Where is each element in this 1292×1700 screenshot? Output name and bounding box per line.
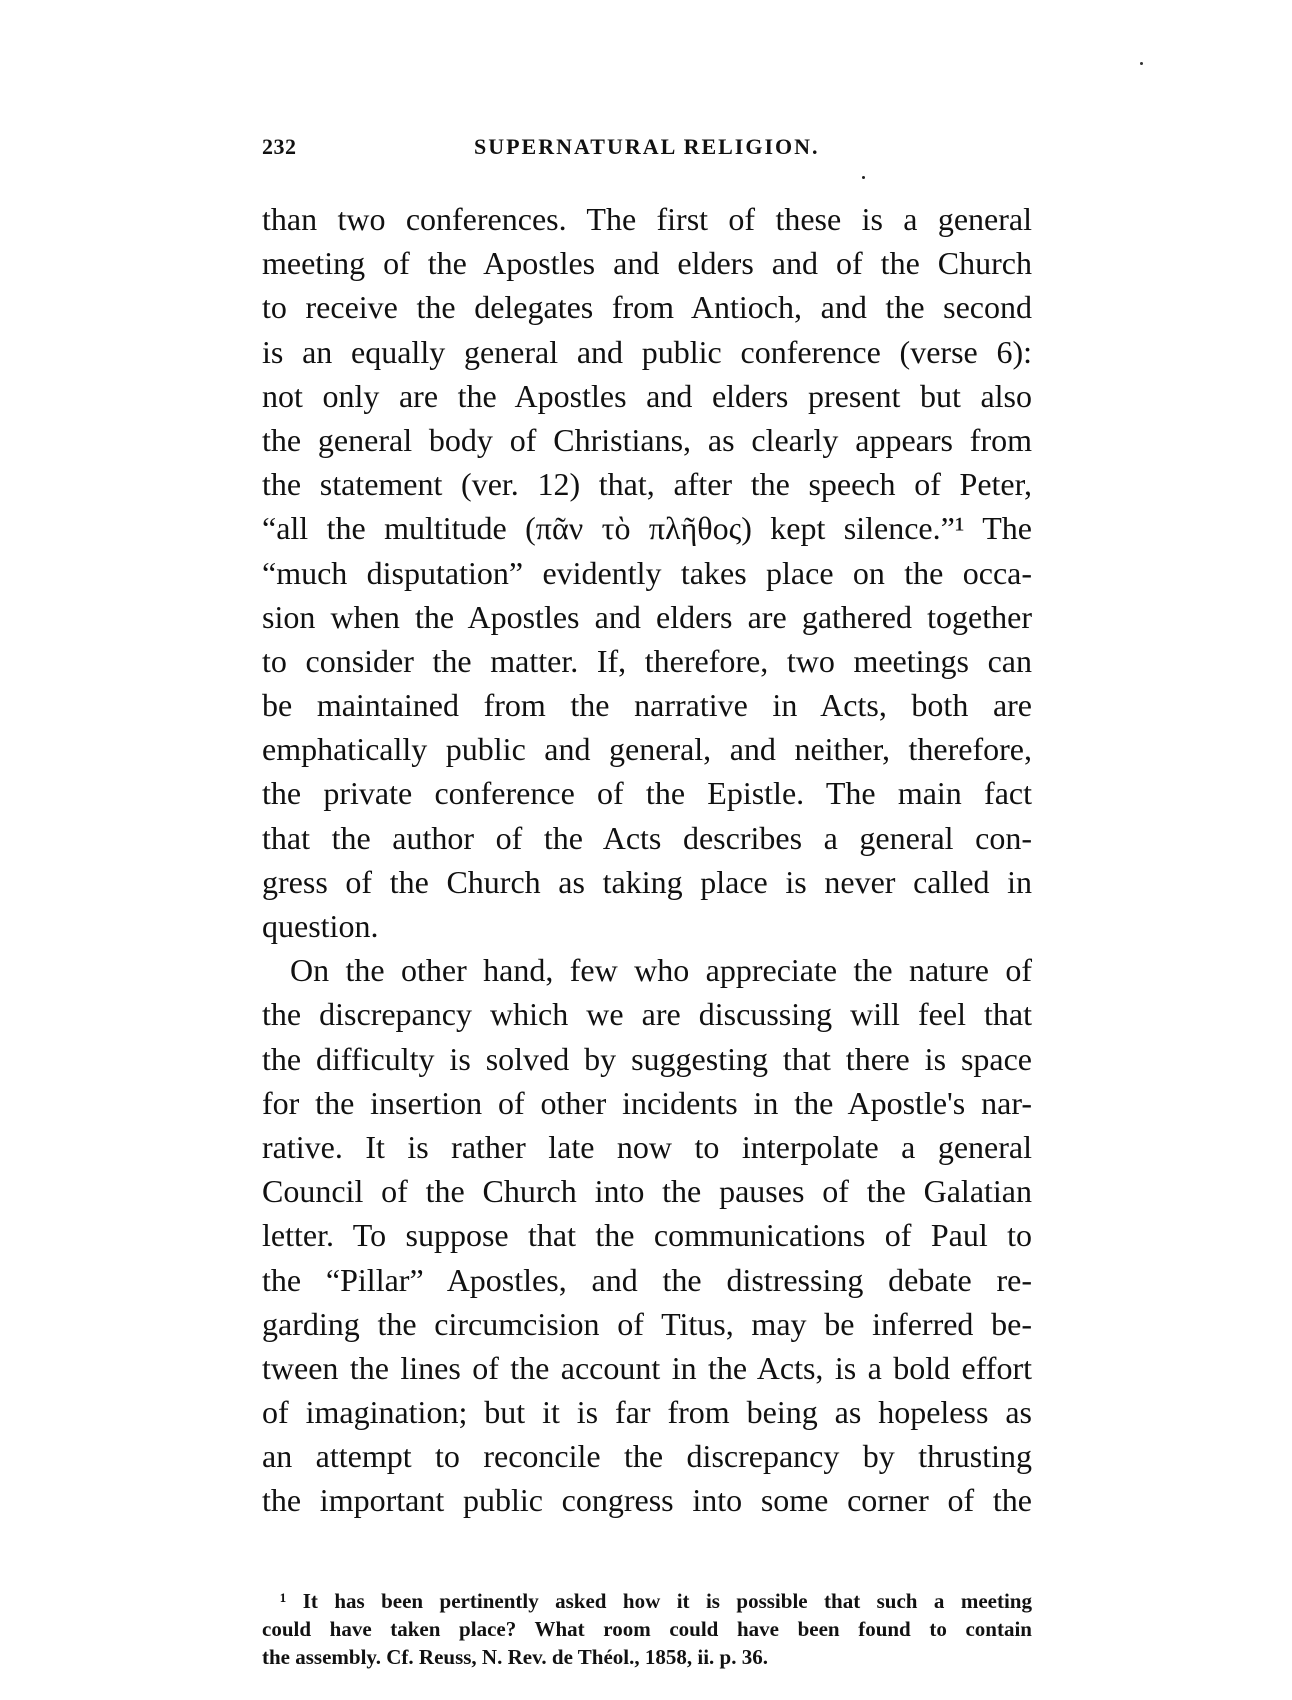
text-line: for the insertion of other incidents in … — [262, 1081, 1032, 1125]
footnotes: ¹ It has been pertinently asked how it i… — [262, 1587, 1032, 1671]
page-header: 232 SUPERNATURAL RELIGION. — [262, 134, 1042, 174]
text-line: to consider the matter. If, therefore, t… — [262, 639, 1032, 683]
text-line: letter. To suppose that the communicatio… — [262, 1213, 1032, 1257]
text-line: “all the multitude (πᾶν τὸ πλῆθος) kept … — [262, 506, 1032, 550]
scan-speck — [862, 176, 865, 179]
text-line: rative. It is rather late now to interpo… — [262, 1125, 1032, 1169]
footnote-line: the assembly. Cf. Reuss, N. Rev. de Théo… — [262, 1643, 1032, 1671]
text-line: the private conference of the Epistle. T… — [262, 771, 1032, 815]
text-line: gress of the Church as taking place is n… — [262, 860, 1032, 904]
text-line: the discrepancy which we are discussing … — [262, 992, 1032, 1036]
text-line: not only are the Apostles and elders pre… — [262, 374, 1032, 418]
text-line: “much disputation” evidently takes place… — [262, 551, 1032, 595]
text-line: the general body of Christians, as clear… — [262, 418, 1032, 462]
page-number: 232 — [262, 134, 297, 160]
text-line: the difficulty is solved by suggesting t… — [262, 1037, 1032, 1081]
text-line: Council of the Church into the pauses of… — [262, 1169, 1032, 1213]
text-line: tween the lines of the account in the Ac… — [262, 1346, 1032, 1390]
text-line: meeting of the Apostles and elders and o… — [262, 241, 1032, 285]
text-line: emphatically public and general, and nei… — [262, 727, 1032, 771]
text-line: is an equally general and public confere… — [262, 330, 1032, 374]
text-line: that the author of the Acts describes a … — [262, 816, 1032, 860]
text-line: to receive the delegates from Antioch, a… — [262, 285, 1032, 329]
paragraph-start: On the other hand, few who appreciate th… — [262, 948, 1032, 992]
scan-speck — [1140, 62, 1143, 65]
footnote-line: could have taken place? What room could … — [262, 1615, 1032, 1643]
text-line: of imagination; but it is far from being… — [262, 1390, 1032, 1434]
text-line: than two conferences. The first of these… — [262, 197, 1032, 241]
text-line: be maintained from the narrative in Acts… — [262, 683, 1032, 727]
text-line: question. — [262, 904, 1032, 948]
body-text: than two conferences. The first of these… — [262, 197, 1032, 1523]
running-title: SUPERNATURAL RELIGION. — [474, 134, 820, 160]
text-line: the important public congress into some … — [262, 1478, 1032, 1522]
text-line: garding the circumcision of Titus, may b… — [262, 1302, 1032, 1346]
text-line: the statement (ver. 12) that, after the … — [262, 462, 1032, 506]
footnote-line: ¹ It has been pertinently asked how it i… — [262, 1587, 1032, 1615]
text-line: the “Pillar” Apostles, and the distressi… — [262, 1258, 1032, 1302]
text-line: an attempt to reconcile the discrepancy … — [262, 1434, 1032, 1478]
text-line: sion when the Apostles and elders are ga… — [262, 595, 1032, 639]
